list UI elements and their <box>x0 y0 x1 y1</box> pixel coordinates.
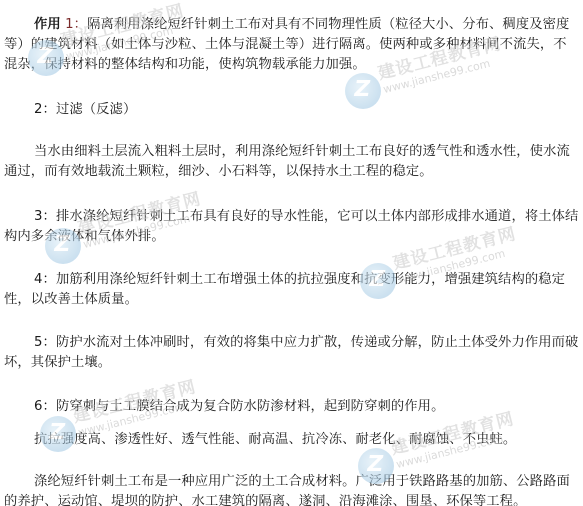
paragraph-filtration-desc: 当水由细料土层流入粗料土层时，利用涤纶短纤针刺土工布良好的透气性和透水性，使水流… <box>4 142 579 182</box>
paragraph-protection: 5：防护水流对土体冲刷时，有效的将集中应力扩散，传递或分解，防止土体受外力作用而… <box>4 333 579 373</box>
paragraph-drainage: 3：排水涤纶短纤针刺土工布具有良好的导水性能，它可以土体内部形成排水通道，将土体… <box>4 207 579 247</box>
paragraph-properties: 抗拉强度高、渗透性好、透气性能、耐高温、抗冷冻、耐老化、耐腐蚀、不虫蛀。 <box>4 430 579 450</box>
paragraph-puncture-resistance: 6：防穿刺与土工膜结合成为复合防水防渗材料，起到防穿刺的作用。 <box>4 397 579 417</box>
paragraph-label: 作用 <box>34 17 61 32</box>
paragraph-function-1: 作用 1：隔离利用涤纶短纤针刺土工布对具有不同物理性质（粒径大小、分布、稠度及密… <box>4 15 579 75</box>
paragraph-heading-filtration: 2：过滤（反滤） <box>4 100 579 120</box>
paragraph-number: 1： <box>65 17 87 32</box>
paragraph-text: 隔离利用涤纶短纤针刺土工布对具有不同物理性质（粒径大小、分布、稠度及密度等）的建… <box>4 17 569 72</box>
paragraph-reinforcement: 4：加筋利用涤纶短纤针刺土工布增强土体的抗拉强度和抗变形能力，增强建筑结构的稳定… <box>4 270 579 310</box>
paragraph-applications: 涤纶短纤针刺土工布是一种应用广泛的土工合成材料。广泛用于铁路路基的加筋、公路路面… <box>4 472 579 506</box>
